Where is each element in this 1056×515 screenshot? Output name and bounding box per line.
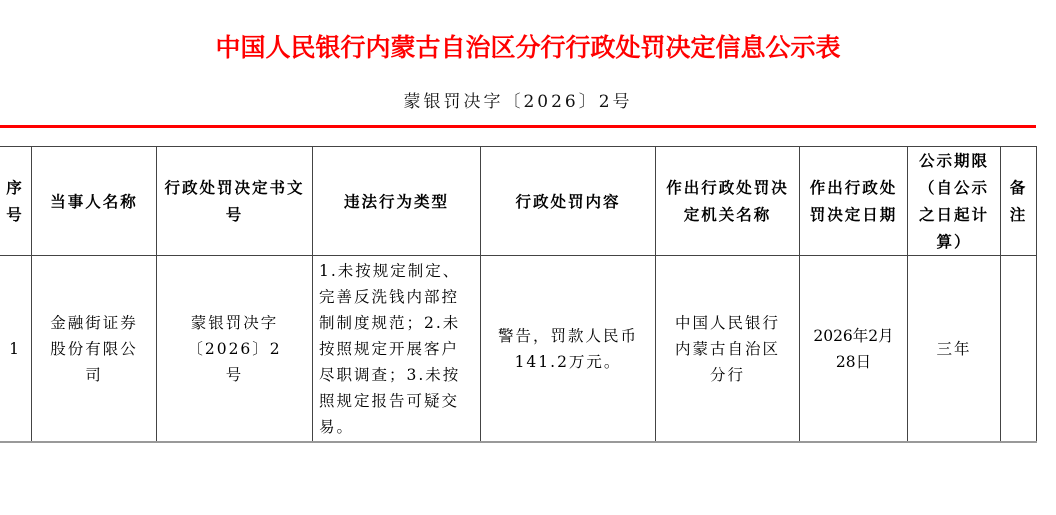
header-decision-number: 行政处罚决定书文号 (157, 147, 313, 256)
penalty-table: 序号 当事人名称 行政处罚决定书文号 违法行为类型 行政处罚内容 作出行政处罚决… (0, 146, 1037, 443)
cell-party-name: 金融街证券股份有限公司 (32, 256, 157, 443)
cell-publicity-period: 三年 (908, 256, 1001, 443)
table-header-row: 序号 当事人名称 行政处罚决定书文号 违法行为类型 行政处罚内容 作出行政处罚决… (0, 147, 1037, 256)
header-decision-date: 作出行政处罚决定日期 (800, 147, 908, 256)
header-index: 序号 (0, 147, 32, 256)
table-row: 1 金融街证券股份有限公司 蒙银罚决字〔2026〕2号 1.未按规定制定、完善反… (0, 256, 1037, 443)
header-remarks: 备注 (1001, 147, 1037, 256)
cell-decision-number: 蒙银罚决字〔2026〕2号 (157, 256, 313, 443)
header-violation-type: 违法行为类型 (313, 147, 481, 256)
header-penalty-content: 行政处罚内容 (481, 147, 656, 256)
page-title: 中国人民银行内蒙古自治区分行行政处罚决定信息公示表 (0, 28, 1056, 64)
cell-penalty-content: 警告，罚款人民币141.2万元。 (481, 256, 656, 443)
header-publicity-period: 公示期限（自公示之日起计算） (908, 147, 1001, 256)
cell-decision-date: 2026年2月28日 (800, 256, 908, 443)
document-number: 蒙银罚决字〔2026〕2号 (0, 87, 1036, 112)
red-divider (0, 125, 1036, 128)
cell-remarks (1001, 256, 1037, 443)
header-party-name: 当事人名称 (32, 147, 157, 256)
cell-authority: 中国人民银行内蒙古自治区分行 (656, 256, 800, 443)
header-authority: 作出行政处罚决定机关名称 (656, 147, 800, 256)
cell-violation-types: 1.未按规定制定、完善反洗钱内部控制制度规范；2.未按照规定开展客户尽职调查；3… (313, 256, 481, 443)
cell-index: 1 (0, 256, 32, 443)
